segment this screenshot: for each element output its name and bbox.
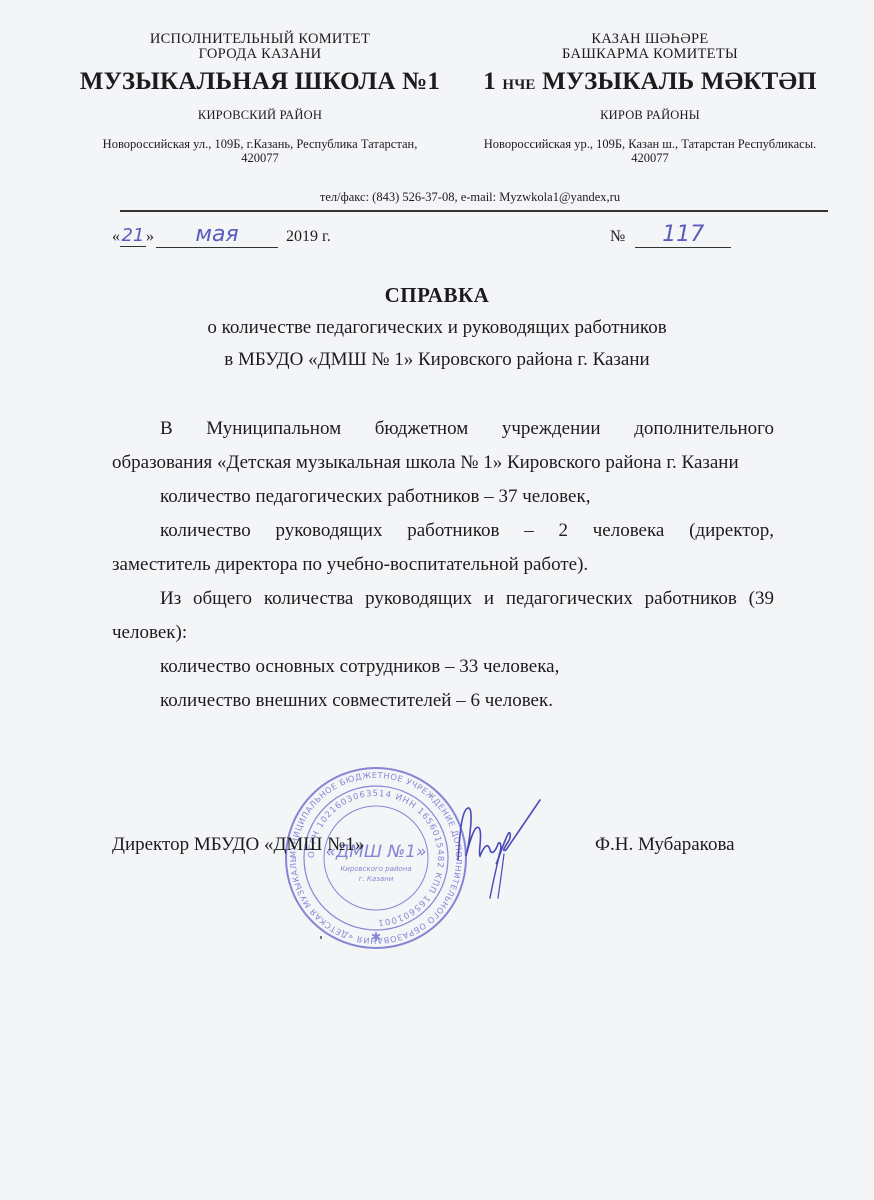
date-day: 21 xyxy=(120,225,146,247)
address-tt-line1: Новороссийская ур., 109Б, Казан ш., Тата… xyxy=(450,137,850,151)
paragraph-total-line2: человек): xyxy=(112,616,774,650)
paragraph-total-line1: Из общего количества руководящих и педаг… xyxy=(112,582,774,616)
authority-ru-line2: ГОРОДА КАЗАНИ xyxy=(60,47,460,62)
signatory-name: Ф.Н. Мубаракова xyxy=(595,834,735,856)
date-quote-close: » xyxy=(146,228,154,245)
address-ru-line1: Новороссийская ул., 109Б, г.Казань, Респ… xyxy=(60,137,460,151)
paragraph-main-staff: количество основных сотрудников – 33 чел… xyxy=(112,650,774,684)
ink-dot xyxy=(320,936,322,939)
svg-text:Кировского района: Кировского района xyxy=(340,865,411,873)
doc-number-label: № xyxy=(610,228,625,245)
svg-text:г. Казани: г. Казани xyxy=(359,875,394,883)
district-tt: КИРОВ РАЙОНЫ xyxy=(450,108,850,123)
date-month: мая xyxy=(156,222,278,248)
paragraph-intro-line1: В Муниципальном бюджетном учреждении доп… xyxy=(112,412,774,446)
signature-scribble-icon xyxy=(440,790,560,900)
paragraph-external-staff: количество внешних совместителей – 6 чел… xyxy=(112,684,774,718)
school-name-ru: МУЗЫКАЛЬНАЯ ШКОЛА №1 xyxy=(60,68,460,96)
paragraph-managers-line2: заместитель директора по учебно-воспитат… xyxy=(112,548,774,582)
date-field: «21»мая 2019 г. xyxy=(112,222,331,248)
contact-line: тел/факс: (843) 526-37-08, e-mail: Myzwk… xyxy=(100,190,840,205)
document-title: СПРАВКА xyxy=(0,283,874,308)
school-number-tt: 1 xyxy=(483,68,496,95)
address-tt-line2: 420077 xyxy=(450,151,850,165)
letterhead-left: ИСПОЛНИТЕЛЬНЫЙ КОМИТЕТ ГОРОДА КАЗАНИ МУЗ… xyxy=(60,32,460,165)
school-suffix-tt: нче xyxy=(502,77,535,93)
doc-number-value: 117 xyxy=(635,222,731,248)
district-ru: КИРОВСКИЙ РАЙОН xyxy=(60,108,460,123)
document-subtitle-line2: в МБУДО «ДМШ № 1» Кировского района г. К… xyxy=(0,347,874,373)
authority-ru-line1: ИСПОЛНИТЕЛЬНЫЙ КОМИТЕТ xyxy=(60,32,460,47)
paragraph-intro-line2: образования «Детская музыкальная школа №… xyxy=(112,446,774,480)
authority-tt-line2: БАШКАРМА КОМИТЕТЫ xyxy=(450,47,850,62)
date-year: 2019 г. xyxy=(286,228,331,245)
letterhead-right: КАЗАН ШӘҺӘРЕ БАШКАРМА КОМИТЕТЫ 1 нче МУЗ… xyxy=(450,32,850,165)
svg-text:✱: ✱ xyxy=(371,930,381,944)
handwritten-signature xyxy=(440,790,560,900)
school-title-tt: МУЗЫКАЛЬ МӘКТӘП xyxy=(542,68,817,95)
document-body: В Муниципальном бюджетном учреждении доп… xyxy=(112,412,774,718)
signatory-position: Директор МБУДО «ДМШ №1» xyxy=(112,834,364,856)
doc-number-field: № 117 xyxy=(610,222,731,248)
document-subtitle-line1: о количестве педагогических и руководящи… xyxy=(0,315,874,341)
paragraph-teachers: количество педагогических работников – 3… xyxy=(112,480,774,514)
date-quote-open: « xyxy=(112,228,120,245)
header-divider xyxy=(120,210,828,212)
school-name-tt: 1 нче МУЗЫКАЛЬ МӘКТӘП xyxy=(450,68,850,96)
paragraph-managers-line1: количество руководящих работников – 2 че… xyxy=(112,514,774,548)
address-ru-line2: 420077 xyxy=(60,151,460,165)
authority-tt-line1: КАЗАН ШӘҺӘРЕ xyxy=(450,32,850,47)
